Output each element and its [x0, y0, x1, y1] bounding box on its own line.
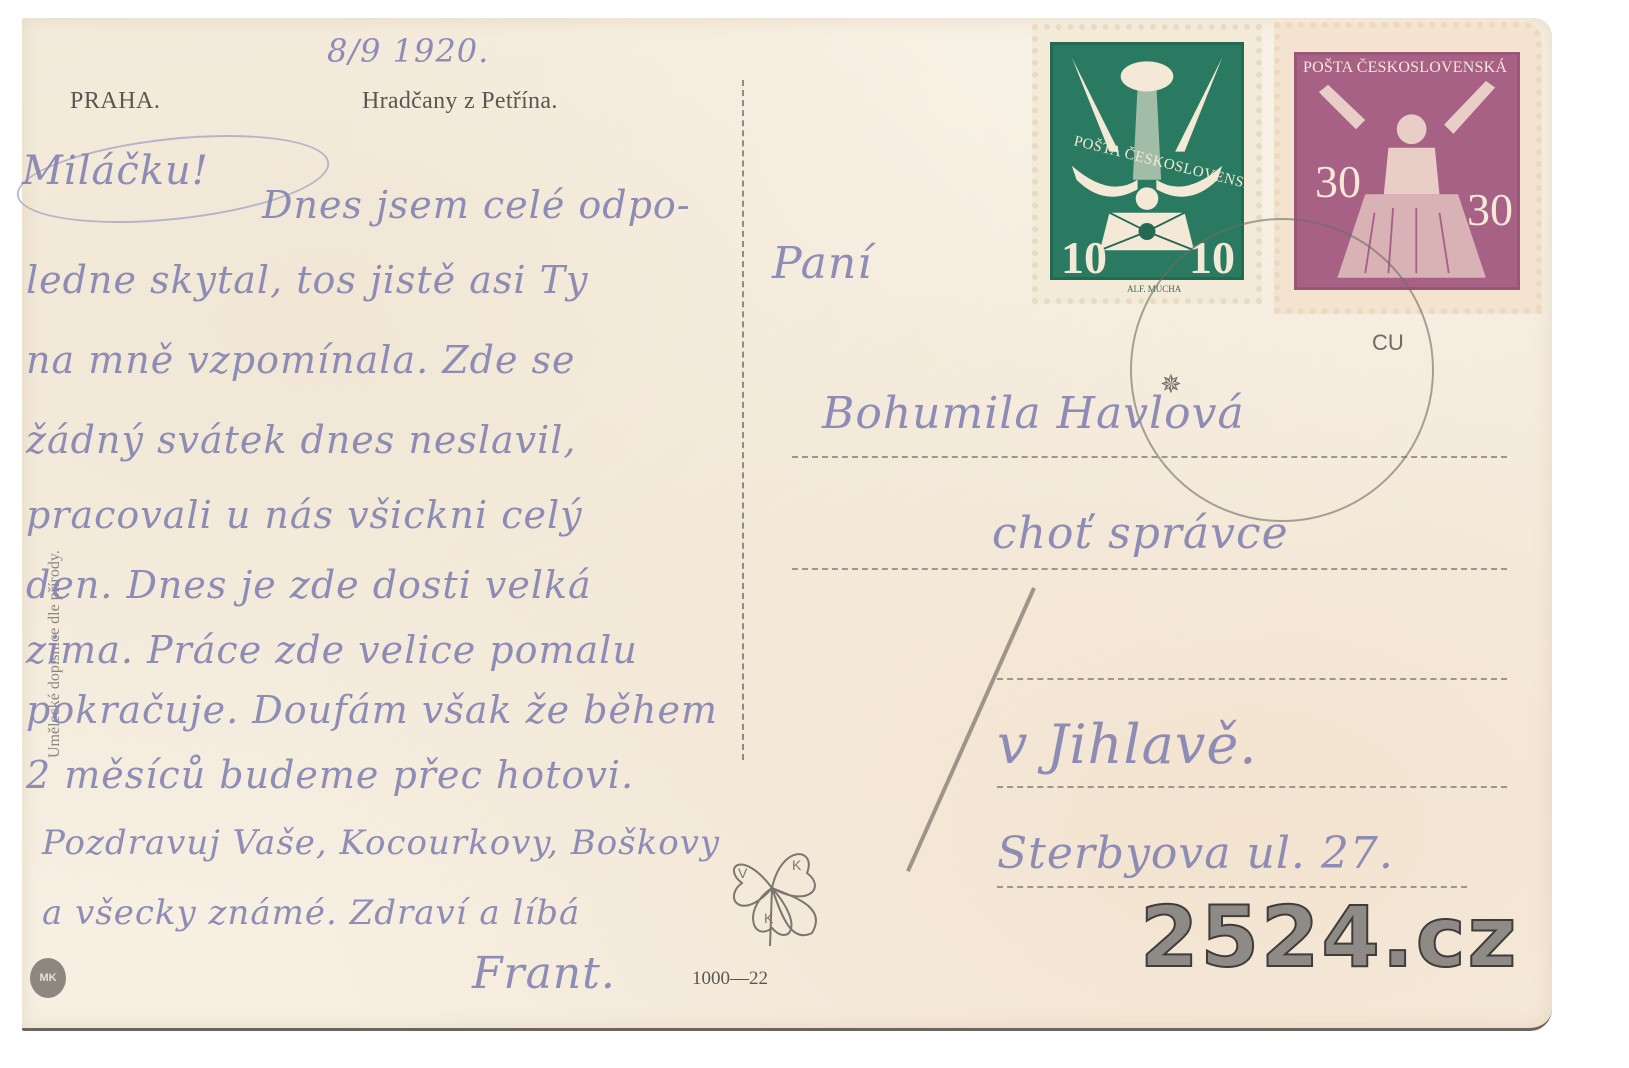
message-line: pokračuje. Doufám však že během — [26, 688, 718, 732]
address-line: choť správce — [992, 508, 1289, 559]
stamp-country-text: POŠTA ČESKOSLOVENSKÁ — [1303, 59, 1507, 77]
message-line: ledne skytal, tos jistě asi Ty — [26, 258, 588, 302]
handwritten-greeting: Miláčku! — [22, 148, 209, 194]
watermark: 2524.cz — [1140, 888, 1518, 986]
message-line: 2 měsíců budeme přec hotovi. — [26, 753, 634, 797]
series-number: 1000—22 — [692, 968, 768, 990]
message-line: a všecky známé. Zdraví a líbá — [42, 893, 580, 933]
postmark-text: CU — [1372, 330, 1404, 356]
message-line: na mně vzpomínala. Zde se — [26, 338, 576, 382]
publisher-logo-icon: MK — [30, 958, 66, 998]
svg-text:K: K — [764, 910, 774, 926]
message-line: Dnes jsem celé odpo- — [262, 183, 691, 227]
message-line: den. Dnes je zde dosti velká — [26, 563, 592, 607]
message-line: pracovali u nás všickni celý — [26, 493, 583, 537]
address-line: Sterbyova ul. 27. — [997, 828, 1394, 879]
printed-caption: Hradčany z Petřína. — [362, 88, 558, 115]
address-line-rule — [997, 786, 1507, 788]
handwritten-date: 8/9 1920. — [327, 32, 489, 70]
svg-text:V: V — [738, 865, 748, 881]
svg-text:K: K — [792, 857, 802, 873]
address-line: Bohumila Havlová — [822, 388, 1245, 439]
postcard: PRAHA. Hradčany z Petřína. Umělecké dopi… — [22, 18, 1552, 1031]
message-line: zima. Práce zde velice pomalu — [26, 628, 638, 672]
message-line: Pozdravuj Vaše, Kocourkovy, Boškovy — [42, 823, 720, 863]
address-line-rule — [792, 568, 1507, 570]
message-line: žádný svátek dnes neslavil, — [26, 418, 577, 462]
printed-city: PRAHA. — [70, 88, 160, 115]
signature: Frant. — [472, 948, 616, 999]
address-line: Paní — [772, 238, 872, 289]
address-line: v Jihlavě. — [997, 713, 1257, 776]
message-address-divider — [742, 80, 744, 760]
address-line-rule — [997, 678, 1507, 680]
stamp-value: 30 — [1315, 155, 1361, 208]
stamp-value: 30 — [1467, 183, 1513, 236]
stamp-value: 10 — [1061, 231, 1107, 284]
four-leaf-clover-doodle-icon: V K K — [712, 828, 832, 948]
